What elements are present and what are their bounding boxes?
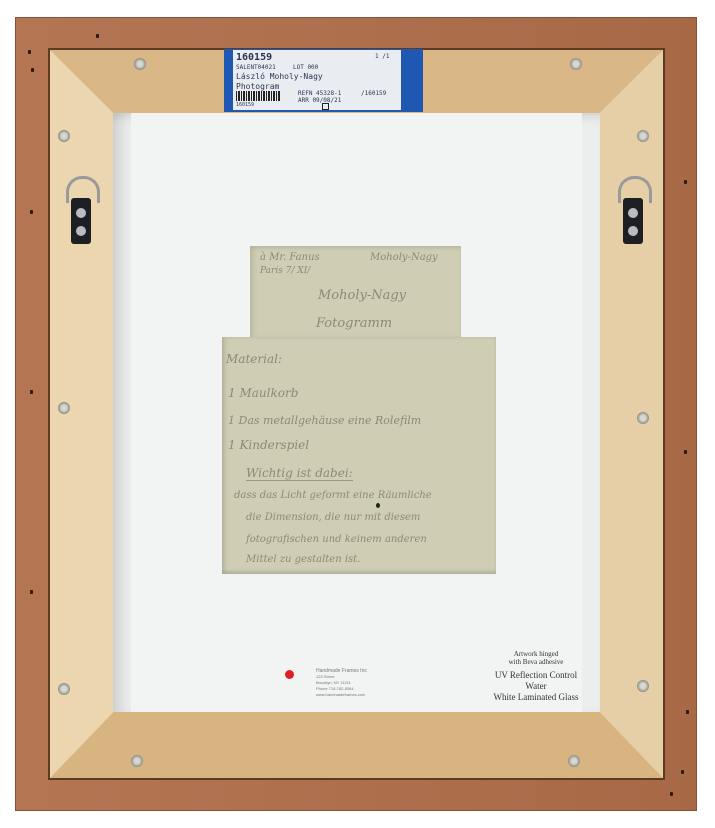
barcode [236,91,280,101]
screw [568,755,580,767]
screw [134,58,146,70]
arrival-date: ARR 09/08/21 [298,97,341,104]
nail [28,50,31,54]
artist-name: László Moholy-Nagy [236,72,323,81]
screw [58,402,70,414]
note-line: Wichtig ist dabei: [246,466,353,481]
d-ring-hanger-right [612,176,652,252]
page-count: 1 /1 [375,53,389,60]
adhesive-note: with Beva adhesive [486,658,586,666]
note-line: 1 Das metallgehäuse eine Rolefilm [228,414,421,427]
hinged-note: Artwork hinged [486,650,586,658]
note-line: Mittel zu gestalten ist. [246,554,360,565]
note-line: 1 Maulkorb [228,386,298,400]
nail [670,792,673,796]
note-title-1: Moholy-Nagy [318,288,406,303]
nail [31,68,34,72]
bevel-right [600,50,663,778]
framer-address-line: www.handmadeframes.com [316,692,367,698]
uv-note: UV Reflection Control [486,670,586,681]
nail [686,710,689,714]
note-line: fotografischen und keinem anderen [246,534,427,545]
screw [637,680,649,692]
barcode-id: 160159 [236,102,254,108]
screw [570,58,582,70]
red-dot-sticker [285,670,294,679]
glass-note: White Laminated Glass [486,692,586,703]
bevel-left [50,50,113,778]
note-line: 1 Kinderspiel [228,438,309,452]
note-date: Paris 7/ XI/ [260,266,310,276]
screw [637,412,649,424]
nail [30,590,33,594]
note-header-left: à Mr. Fanus [260,252,320,263]
screw [76,226,86,236]
nail [30,390,33,394]
screw [637,130,649,142]
bevel-bottom [50,712,663,778]
nail [684,180,687,184]
ref-id: /160159 [361,90,386,97]
ink-spot [376,503,380,508]
note-line: die Dimension, die nur mit diesem [246,512,420,523]
lot-number: LOT 000 [293,64,318,71]
water-note: Water [486,681,586,692]
hanger-plate [71,198,91,244]
screw [58,683,70,695]
note-title-2: Fotogramm [316,316,392,331]
checkbox-icon [322,103,329,110]
hanger-plate [623,198,643,244]
screw [131,755,143,767]
nail [30,210,33,214]
nail [684,450,687,454]
sale-code: SALENT04021 [236,64,276,71]
d-ring-hanger-left [60,176,100,252]
artwork-title: Photogram [236,82,279,91]
note-line: Material: [226,352,282,366]
ref-number: REFN 45328-1 [298,90,341,97]
lot-id: 160159 [236,52,272,63]
screw [628,208,638,218]
screw [628,226,638,236]
inventory-label: 160159 1 /1 SALENT04021 LOT 000 László M… [233,50,401,110]
framer-label: Handmade Frames Inc 123 Street Brooklyn,… [316,668,367,698]
note-line: dass das Licht geformt eine Räumliche [234,490,432,501]
screw [76,208,86,218]
nail [96,34,99,38]
glazing-sticker: Artwork hinged with Beva adhesive UV Ref… [486,650,586,703]
note-header-right: Moholy-Nagy [370,252,438,263]
nail [681,770,684,774]
screw [58,130,70,142]
